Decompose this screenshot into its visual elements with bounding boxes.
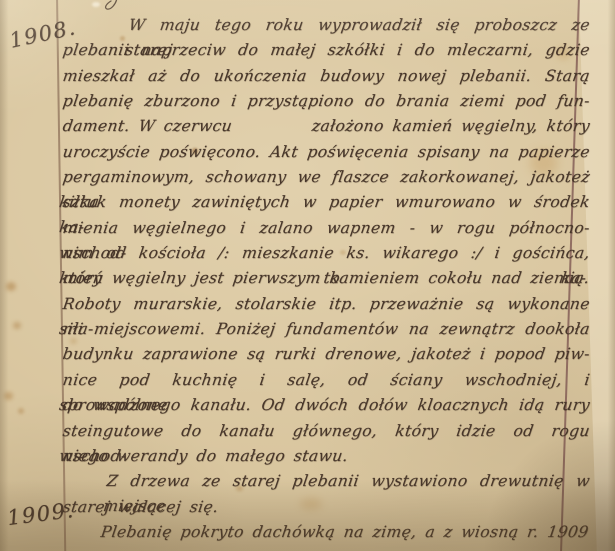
manuscript-line: nim od kościoła /: mieszkanie ks. wikare… xyxy=(61,241,592,266)
manuscript-line: nice pod kuchnię i salę, od ściany wscho… xyxy=(61,368,592,393)
paper-stain xyxy=(92,2,100,7)
manuscript-text: W maju tego roku wyprowadził się probosz… xyxy=(61,13,588,545)
manuscript-line: steingutowe do kanału głównego, który id… xyxy=(61,419,592,444)
manuscript-line: mieszkał aż do ukończenia budowy nowej p… xyxy=(61,64,592,89)
cropped-line-remnant-stroke xyxy=(103,0,121,12)
paper-stain xyxy=(4,392,13,400)
manuscript-line: do wspólnego kanału. Od dwóch dołów kloa… xyxy=(61,393,592,418)
paper-stain xyxy=(13,322,21,329)
manuscript-line: mi miejscowemi. Poniżej fundamentów na z… xyxy=(61,317,592,342)
manuscript-line: starej walącej się. xyxy=(61,495,592,520)
manuscript-line: budynku zaprawione są rurki drenowe, jak… xyxy=(61,342,592,367)
manuscript-line: mień węgielny jest pierwszym kamieniem c… xyxy=(61,266,592,291)
chronicle-page: 1908. 1909. W maju tego roku wyprowadził… xyxy=(0,0,615,551)
manuscript-line: pergaminowym, schowany we flaszce zakork… xyxy=(61,165,592,190)
manuscript-line: Roboty murarskie, stolarskie itp. przewa… xyxy=(61,292,592,317)
manuscript-line: uroczyście poświęcono. Akt poświęcenia s… xyxy=(61,140,592,165)
manuscript-line: dament. W czerwcu założono kamień węgiel… xyxy=(61,114,592,139)
manuscript-line: Z drzewa ze starej plebanii wystawiono d… xyxy=(61,469,592,494)
line-segment: dament. W czerwcu xyxy=(61,114,234,139)
manuscript-line: sztuk monety zawiniętych w papier wmurow… xyxy=(61,190,592,215)
paper-stain xyxy=(6,282,16,291)
manuscript-line: niego werandy do małego stawu. xyxy=(61,444,592,469)
manuscript-line: W maju tego roku wyprowadził się probosz… xyxy=(61,13,592,38)
line-segment: założono kamień węgielny, który xyxy=(310,114,591,139)
manuscript-line: plebanię zburzono i przystąpiono do bran… xyxy=(61,89,592,114)
manuscript-line: Plebanię pokryto dachówką na zimę, a z w… xyxy=(61,520,592,545)
manuscript-line: plebanii naprzeciw do małej szkółki i do… xyxy=(61,38,592,63)
manuscript-line: mienia węgielnego i zalano wapnem - w ro… xyxy=(61,216,592,241)
paper-stain xyxy=(18,408,24,414)
